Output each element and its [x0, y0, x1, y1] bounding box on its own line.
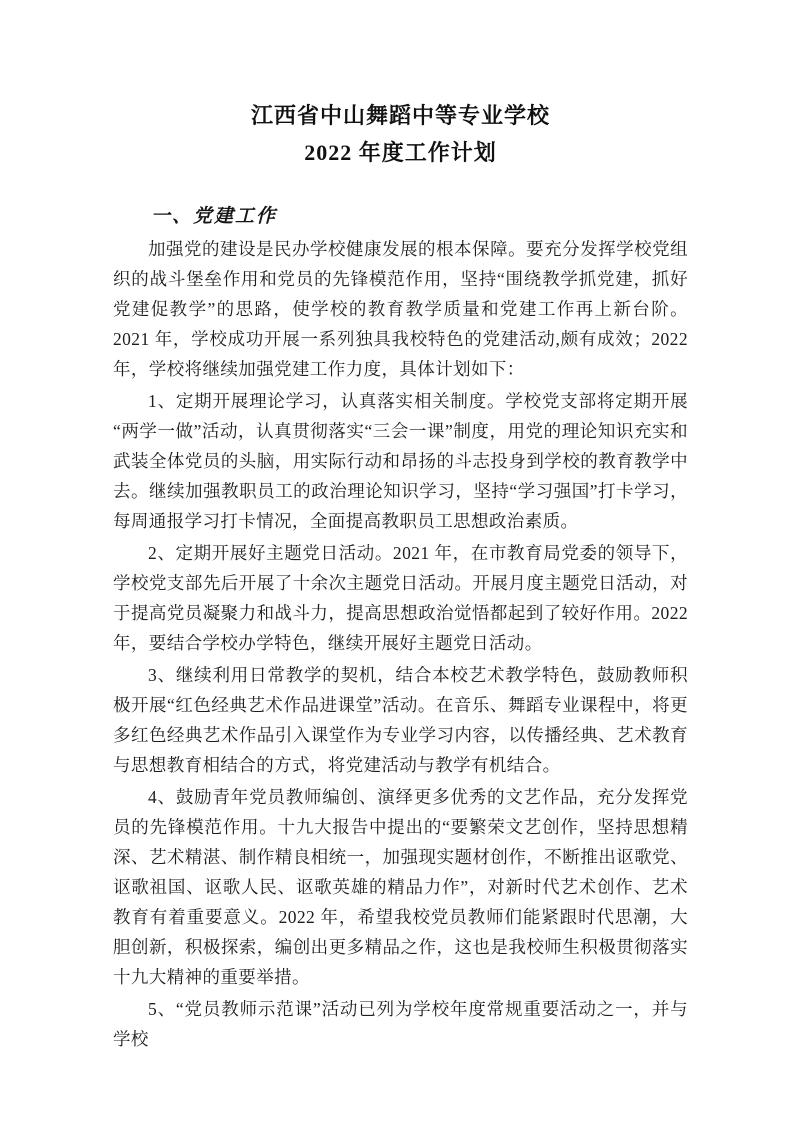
paragraph-intro: 加强党的建设是民办学校健康发展的根本保障。要充分发挥学校党组织的战斗堡垒作用和党…	[113, 234, 688, 384]
document-title-line1: 江西省中山舞蹈中等专业学校	[113, 97, 688, 134]
document-title-line2: 2022 年度工作计划	[113, 134, 688, 171]
paragraph-item-3: 3、继续利用日常教学的契机，结合本校艺术教学特色，鼓励教师积极开展“红色经典艺术…	[113, 660, 688, 780]
document-page: 江西省中山舞蹈中等专业学校 2022 年度工作计划 一、党建工作 加强党的建设是…	[0, 0, 800, 1131]
paragraph-item-5: 5、“党员教师示范课”活动已列为学校年度常规重要活动之一，并与学校	[113, 994, 688, 1054]
section-heading-party-building: 一、党建工作	[113, 202, 688, 232]
paragraph-item-1: 1、定期开展理论学习，认真落实相关制度。学校党支部将定期开展“两学一做”活动，认…	[113, 386, 688, 536]
paragraph-item-2: 2、定期开展好主题党日活动。2021 年，在市教育局党委的领导下，学校党支部先后…	[113, 538, 688, 658]
paragraph-item-4: 4、鼓励青年党员教师编创、演绎更多优秀的文艺作品，充分发挥党员的先锋模范作用。十…	[113, 782, 688, 992]
